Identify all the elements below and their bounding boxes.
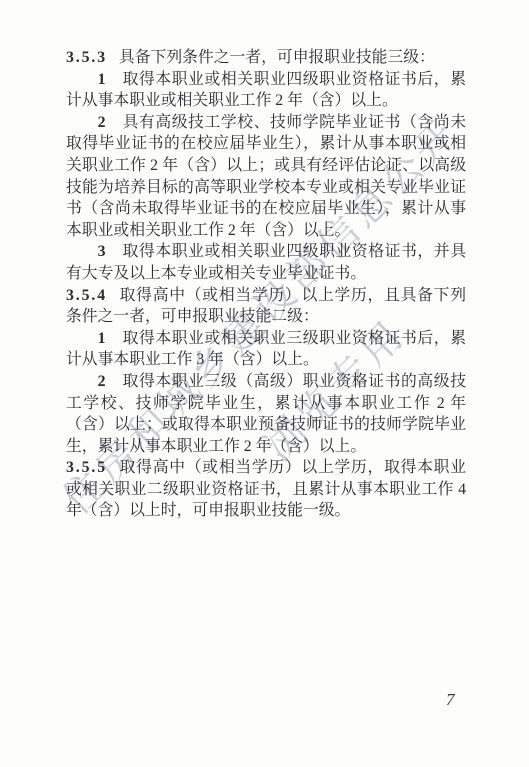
list-item-1: 1取得本职业或相关职业三级职业资格证书后，累计从事本职业工作 3 年（含）以上。	[66, 328, 466, 371]
section-text: 取得高中（或相当学历）以上学历，且具备下列条件之一者，可申报职业技能二级：	[66, 287, 466, 326]
section-number: 3.5.4	[66, 287, 107, 304]
item-text: 取得本职业三级（高级）职业资格证书的高级技工学校、技师学院毕业生，累计从事本职业…	[66, 373, 466, 455]
list-item-1: 1取得本职业或相关职业四级职业资格证书后，累计从事本职业或相关职业工作 2 年（…	[66, 69, 466, 112]
item-text: 取得本职业或相关职业三级职业资格证书后，累计从事本职业工作 3 年（含）以上。	[66, 330, 466, 369]
section-text: 取得高中（或相当学历）以上学历，取得本职业或相关职业二级职业资格证书，且累计从事…	[66, 459, 466, 519]
document-body: 3.5.3具备下列条件之一者，可申报职业技能三级： 1取得本职业或相关职业四级职…	[66, 47, 466, 522]
page-number: 7	[446, 690, 455, 710]
list-item-2: 2具有高级技工学校、技师学院毕业证书（含尚未取得毕业证书的在校应届毕业生），累计…	[66, 112, 466, 242]
list-item-2: 2取得本职业三级（高级）职业资格证书的高级技工学校、技师学院毕业生，累计从事本职…	[66, 371, 466, 457]
item-number: 1	[98, 71, 106, 88]
item-number: 2	[98, 114, 106, 131]
section-heading-3-5-4: 3.5.4取得高中（或相当学历）以上学历，且具备下列条件之一者，可申报职业技能二…	[66, 285, 466, 328]
section-heading-3-5-5: 3.5.5取得高中（或相当学历）以上学历，取得本职业或相关职业二级职业资格证书，…	[66, 457, 466, 522]
item-text: 具有高级技工学校、技师学院毕业证书（含尚未取得毕业证书的在校应届毕业生），累计从…	[66, 114, 466, 239]
section-heading-3-5-3: 3.5.3具备下列条件之一者，可申报职业技能三级：	[66, 47, 466, 69]
section-text: 具备下列条件之一者，可申报职业技能三级：	[119, 49, 435, 66]
item-number: 3	[98, 243, 106, 260]
document-page: 住房和城乡建设部信息公开 浏览专用 3.5.3具备下列条件之一者，可申报职业技能…	[0, 0, 529, 767]
item-text: 取得本职业或相关职业四级职业资格证书后，累计从事本职业或相关职业工作 2 年（含…	[66, 71, 466, 110]
item-number: 1	[98, 330, 106, 347]
section-number: 3.5.3	[66, 49, 107, 66]
item-number: 2	[98, 373, 106, 390]
list-item-3: 3取得本职业或相关职业四级职业资格证书，并具有大专及以上本专业或相关专业毕业证书…	[66, 241, 466, 284]
section-number: 3.5.5	[66, 459, 107, 476]
item-text: 取得本职业或相关职业四级职业资格证书，并具有大专及以上本专业或相关专业毕业证书。	[66, 243, 466, 282]
